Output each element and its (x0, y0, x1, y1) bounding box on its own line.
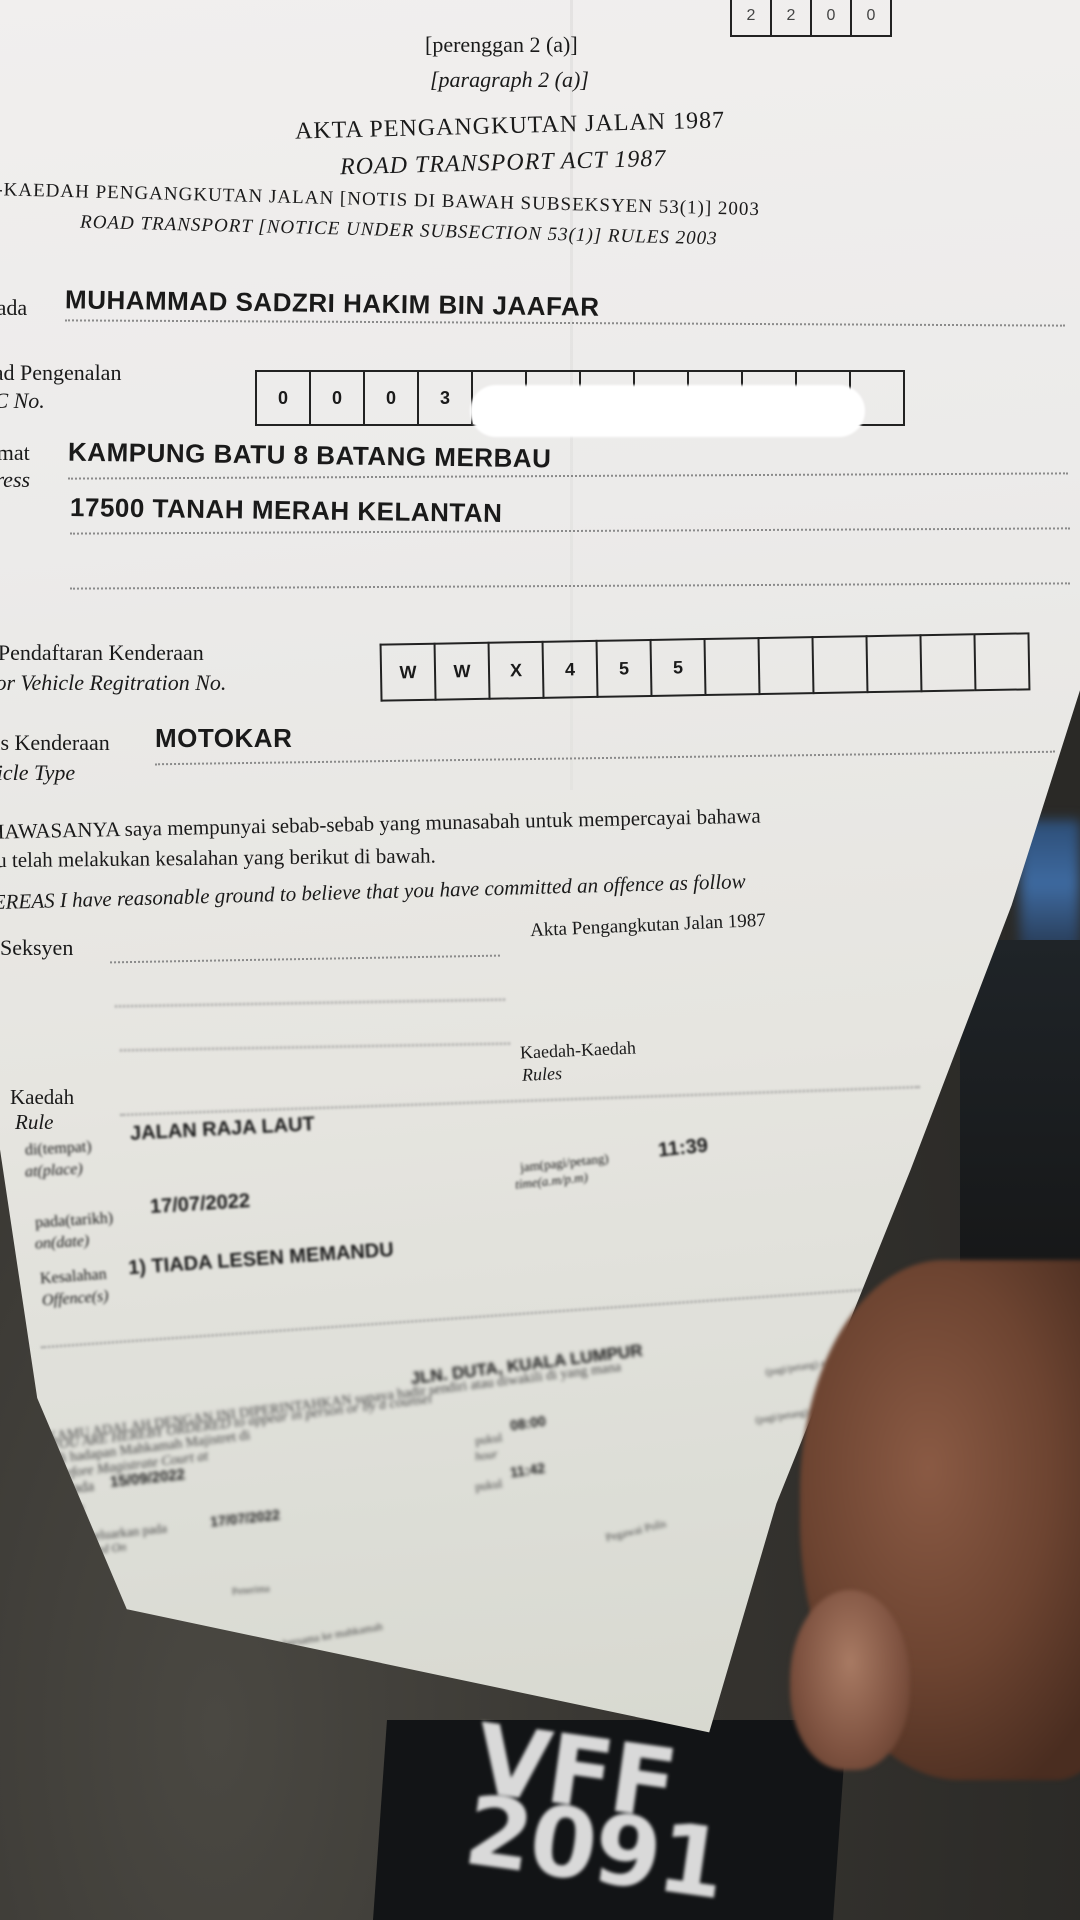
reg-box: W (434, 642, 489, 701)
place-label-ms: di(tempat) (25, 1138, 92, 1159)
statement-ms-line1: BAHAWASANYA saya mempunyai sebab-sebab y… (0, 804, 761, 846)
thumb (790, 1590, 910, 1770)
reg-box: 5 (650, 638, 705, 697)
to-label: Kepada (0, 295, 27, 321)
reg-box: 5 (596, 639, 651, 698)
reg-box (703, 637, 758, 696)
hour-label: pukul (474, 1430, 503, 1449)
paragraph-en: [paragraph 2 (a)] (430, 67, 589, 93)
issued-time: 11:42 (509, 1460, 546, 1481)
ic-label-en: I/C No. (0, 388, 45, 414)
act-title-ms: AKTA PENGANGKUTAN JALAN 1987 (295, 107, 726, 145)
reg-number-boxes: W W X 4 5 5 (380, 632, 1031, 701)
form-number-boxes: 2 2 0 0 (730, 0, 892, 37)
rules-ref-en: Rules (522, 1063, 563, 1086)
reg-label-ms: No. Pendaftaran Kenderaan (0, 640, 204, 666)
ic-box: 0 (255, 370, 309, 426)
reg-box: W (380, 643, 435, 702)
form-box: 0 (850, 0, 892, 37)
rules-ref-ms: Kaedah-Kaedah (520, 1037, 637, 1063)
paragraph-ms: [perenggan 2 (a)] (425, 32, 578, 58)
ic-redaction (470, 385, 865, 437)
section-label: Seksyen (0, 935, 73, 961)
act-reference: Akta Pengangkutan Jalan 1987 (530, 910, 767, 942)
reg-box: 4 (542, 640, 597, 699)
section-dotted-line-2 (115, 999, 505, 1008)
ic-box: 0 (309, 370, 363, 426)
date-label-en: on(date) (35, 1232, 90, 1253)
rule-label-en: Rule (15, 1110, 53, 1135)
statement-ms-line2: kamu telah melakukan kesalahan yang beri… (0, 844, 436, 874)
address-label-en: Address (0, 467, 30, 493)
reg-label-en: Motor Vehicle Regitration No. (0, 670, 226, 696)
address-label-ms: Alamat (0, 440, 30, 466)
offence-label-ms: Kesalahan (39, 1266, 107, 1289)
form-box: 2 (730, 0, 770, 37)
reg-box (757, 636, 812, 695)
form-box: 2 (770, 0, 810, 37)
date-label-ms: pada(tarikh) (35, 1210, 114, 1233)
hour-label-en: hour (474, 1446, 499, 1464)
ic-box: 3 (417, 370, 471, 426)
tshirt-print-line2: 2091 (461, 1794, 728, 1901)
rule-label-ms: Kaedah (10, 1085, 74, 1110)
act-title-en: ROAD TRANSPORT ACT 1987 (340, 146, 667, 182)
reg-box (973, 632, 1030, 691)
offence-date: 17/07/2022 (149, 1190, 250, 1219)
address-line2: 17500 TANAH MERAH KELANTAN (70, 492, 503, 529)
rule-dotted-line (120, 1086, 920, 1116)
recipient-name: MUHAMMAD SADZRI HAKIM BIN JAAFAR (65, 284, 600, 322)
offence-time: 11:39 (657, 1134, 709, 1162)
type-label-en: Vehicle Type (0, 760, 75, 786)
offence-dotted-line (41, 1284, 939, 1349)
photo-scene: VFF 2091 2 2 0 0 [perenggan 2 (a)] [para… (0, 0, 1080, 1920)
section-dotted-line-3 (120, 1043, 510, 1052)
vehicle-type: MOTOKAR (155, 723, 292, 754)
address-line1: KAMPUNG BATU 8 BATANG MERBAU (68, 437, 552, 475)
place-label-en: at(place) (25, 1161, 84, 1182)
offence-label-en: Offence(s) (41, 1288, 109, 1311)
ic-label-ms: No. Kad Pengenalan (0, 360, 121, 386)
officer-label: Pegawai Polis (604, 1518, 667, 1545)
offence-description: 1) TIADA LESEN MEMANDU (128, 1239, 395, 1280)
reg-box (811, 635, 866, 694)
statement-en: WHEREAS I have reasonable ground to beli… (0, 869, 746, 916)
ic-box: 0 (363, 370, 417, 426)
offence-place: JALAN RAJA LAUT (130, 1113, 316, 1146)
signature-label: Penerima (232, 1583, 271, 1597)
address2-dotted-line (70, 527, 1070, 534)
issued-date: 17/07/2022 (209, 1506, 280, 1529)
issued-hour-label: pukul (474, 1476, 503, 1495)
reg-box (919, 633, 974, 692)
type-label-ms: Jenis Kenderaan (0, 730, 110, 756)
reg-box: X (488, 641, 543, 700)
address1-dotted-line (68, 472, 1068, 479)
form-box: 0 (810, 0, 850, 37)
address3-dotted-line (70, 582, 1070, 589)
reg-box (865, 634, 920, 693)
court-hour: 08:00 (509, 1413, 547, 1434)
section-dotted-line (110, 955, 500, 964)
